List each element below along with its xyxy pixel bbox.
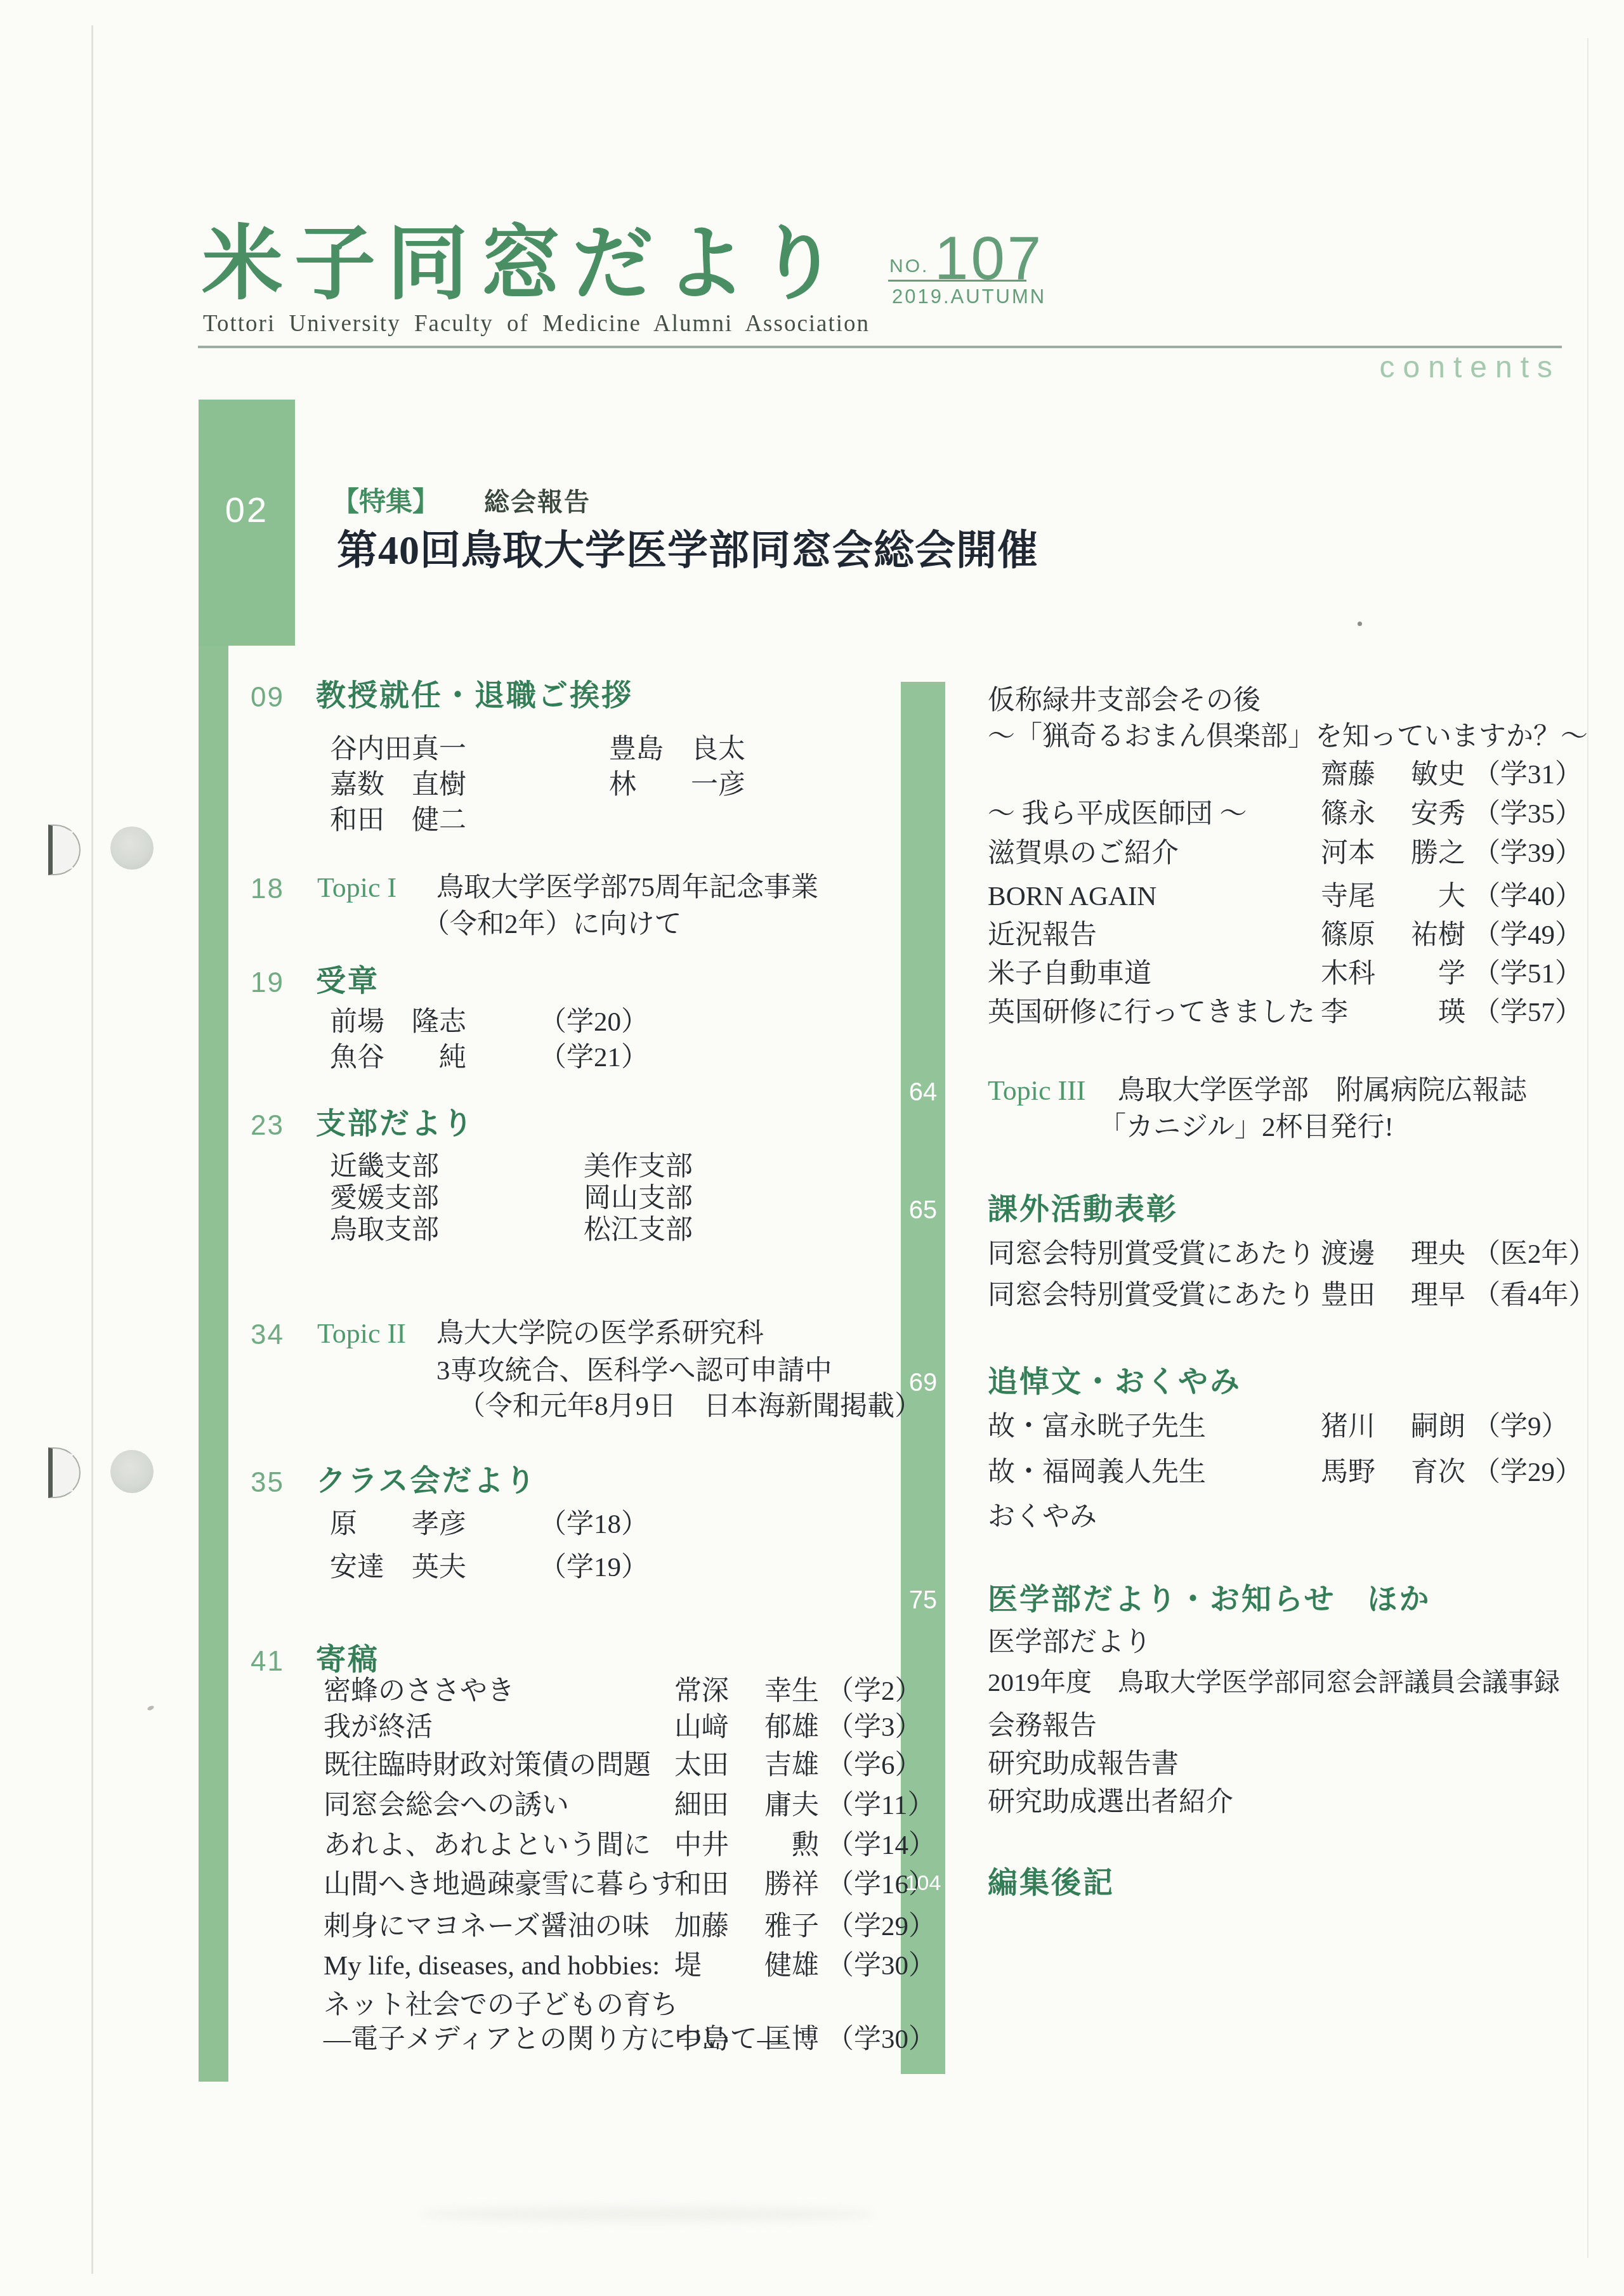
author-givenname: 学 [1392, 960, 1465, 988]
toc-essay-row: ―電子メディアとの関り方について― 中島 匡博 （学30） [324, 2026, 936, 2053]
author-givenname: 庸夫 [746, 1792, 819, 1819]
page-number-34: 34 [251, 1321, 284, 1349]
author-name: 前場 隆志 [330, 1008, 539, 1036]
toc-essay-row: 我が終活 山﨑 郁雄 （学3） [324, 1714, 922, 1741]
page-number-75: 75 [901, 1588, 945, 1613]
author-givenname: 吉雄 [746, 1752, 819, 1779]
author-surname: 寺尾 [1321, 883, 1392, 910]
essay-title: 英国研修に行ってきました [988, 999, 1321, 1026]
section-heading-69: 追悼文・おくやみ [988, 1366, 1241, 1396]
page-number-65: 65 [901, 1197, 945, 1223]
page-number-41: 41 [251, 1648, 284, 1676]
award-title: 同窓会特別賞受賞にあたり [988, 1282, 1321, 1309]
section-heading-65: 課外活動表彰 [988, 1194, 1178, 1223]
section-heading-75: 医学部だより・お知らせ ほか [988, 1584, 1431, 1614]
author-surname: 豊田 [1321, 1282, 1392, 1309]
page-number-18: 18 [251, 875, 284, 903]
branch-name: 愛媛支部 [330, 1185, 584, 1212]
author-class: （学9） [1473, 1413, 1569, 1440]
essay-title: ～ 我ら平成医師団 ～ [988, 800, 1321, 828]
toc-name-row: 安達 英夫 （学19） [330, 1554, 648, 1581]
essay-title-line1: 仮称緑井支部会その後 [988, 687, 1261, 714]
topic1-label: Topic I [317, 874, 396, 902]
toc-essay-row: 滋賀県のご紹介 河本 勝之 （学39） [988, 840, 1582, 867]
section-heading-35: クラス会だより [316, 1465, 537, 1495]
author-surname: 和田 [674, 1871, 746, 1898]
page-edge-line-left [91, 25, 93, 2274]
author-name: 原 孝彦 [330, 1511, 539, 1538]
author-name: 和田 健二 [330, 807, 609, 834]
author-class: （学18） [539, 1511, 648, 1538]
author-surname: 加藤 [674, 1913, 746, 1940]
author-class: （学40） [1473, 883, 1582, 910]
toc-essay-row: 故・福岡義人先生 馬野 育次 （学29） [988, 1459, 1582, 1486]
author-givenname: 敏史 [1392, 761, 1465, 788]
toc-essay-row: 米子自動車道 木科 学 （学51） [988, 960, 1582, 988]
page-edge-line-right [1587, 38, 1588, 2258]
section-heading-41: 寄稿 [316, 1644, 379, 1674]
page-number-104: 104 [901, 1872, 945, 1894]
author-givenname: 育次 [1392, 1459, 1465, 1486]
header-rule [198, 346, 1562, 348]
page-number-23: 23 [251, 1112, 284, 1140]
toc-name-row: 和田 健二 [330, 807, 609, 834]
subtitle-english: Tottori University Faculty of Medicine A… [203, 312, 870, 336]
memorial-title: 故・富永晄子先生 [988, 1413, 1321, 1440]
essay-title: 密蜂のささやき [324, 1678, 674, 1705]
memorial-title: 故・福岡義人先生 [988, 1459, 1321, 1486]
author-class: （学57） [1473, 999, 1582, 1026]
news-line: 研究助成報告書 [988, 1751, 1179, 1778]
branch-name: 岡山支部 [584, 1185, 693, 1212]
binder-hole-top-icon [48, 825, 81, 875]
binder-hole-bottom-icon [48, 1447, 81, 1498]
toc-branch-row: 近畿支部 美作支部 [330, 1153, 693, 1180]
scan-speck [1358, 622, 1362, 626]
author-name: 豊島 良太 [609, 736, 745, 763]
author-givenname: 雅子 [746, 1913, 819, 1940]
news-line: 2019年度 鳥取大学医学部同窓会評議員会議事録 [988, 1669, 1560, 1695]
author-class: （学19） [539, 1554, 648, 1581]
essay-title: 米子自動車道 [988, 960, 1321, 988]
essay-title-line1: ネット社会での子どもの育ち [324, 1992, 678, 2019]
newsletter-title: 米子同窓だより [202, 224, 850, 305]
author-class: （学35） [1473, 800, 1582, 828]
page-number-64: 64 [901, 1080, 945, 1105]
author-name: 安達 英夫 [330, 1554, 539, 1581]
toc-essay-row: 近況報告 篠原 祐樹 （学49） [988, 922, 1582, 949]
topic1-title-line1: 鳥取大学医学部75周年記念事業 [436, 874, 818, 901]
toc-essay-row: ～ 我ら平成医師団 ～ 篠永 安秀 （学35） [988, 800, 1582, 828]
author-name: 谷内田真一 [330, 736, 609, 763]
author-class: （学20） [539, 1008, 648, 1036]
toc-essay-row: My life, diseases, and hobbies: 堤 健雄 （学3… [324, 1952, 936, 1980]
toc-essay-row: 刺身にマヨネーズ醤油の味 加藤 雅子 （学29） [324, 1913, 936, 1940]
news-line: 医学部だより [988, 1629, 1151, 1656]
news-line: 会務報告 [988, 1712, 1097, 1740]
author-class: （学51） [1473, 960, 1582, 988]
author-givenname: 大 [1392, 883, 1465, 910]
feature-title: 第40回鳥取大学医学部同窓会総会開催 [337, 530, 1038, 571]
author-surname: 中島 [674, 2026, 746, 2053]
author-surname: 渡邊 [1321, 1241, 1392, 1268]
toc-essay-row: 山間へき地過疎豪雪に暮らす 和田 勝祥 （学16） [324, 1871, 936, 1898]
author-surname: 李 [1321, 999, 1392, 1026]
author-class: （学3） [827, 1714, 922, 1741]
topic2-label: Topic II [317, 1320, 406, 1348]
toc-essay-row: あれよ、あれよという間に 中井 勲 （学14） [324, 1832, 936, 1859]
toc-name-row: 魚谷 純 （学21） [330, 1044, 648, 1071]
essay-title: 既往臨時財政対策債の問題 [324, 1752, 674, 1779]
scan-speck [147, 1705, 155, 1711]
author-surname: 河本 [1321, 840, 1392, 867]
toc-name-row: 谷内田真一 豊島 良太 [330, 736, 745, 763]
page-number-69: 69 [901, 1370, 945, 1395]
essay-title: 滋賀県のご紹介 [988, 840, 1321, 867]
author-givenname: 瑛 [1392, 999, 1465, 1026]
page-number-19: 19 [251, 969, 284, 997]
branch-name: 松江支部 [584, 1216, 693, 1244]
feature-tag: 【特集】 [332, 488, 439, 515]
page-number-02: 02 [199, 492, 295, 528]
author-surname: 猪川 [1321, 1413, 1392, 1440]
author-givenname: 祐樹 [1392, 922, 1465, 949]
author-class: （学49） [1473, 922, 1582, 949]
author-givenname: 理央 [1392, 1241, 1465, 1268]
toc-essay-row: 同窓会総会への誘い 細田 庸夫 （学11） [324, 1792, 934, 1819]
toc-essay-row: BORN AGAIN 寺尾 大 （学40） [988, 883, 1582, 910]
topic2-title-line2: 3専攻統合、医科学へ認可申請中 [436, 1357, 832, 1385]
page-number-09: 09 [251, 684, 284, 712]
toc-essay-row: 密蜂のささやき 常深 幸生 （学2） [324, 1678, 922, 1705]
toc-name-row: 齋藤 敏史 （学31） [1321, 761, 1582, 788]
author-surname: 中井 [674, 1832, 746, 1859]
author-givenname: 安秀 [1392, 800, 1465, 828]
author-surname: 山﨑 [674, 1714, 746, 1741]
toc-branch-row: 愛媛支部 岡山支部 [330, 1185, 693, 1212]
author-givenname: 健雄 [746, 1952, 819, 1980]
issue-season: 2019.AUTUMN [892, 287, 1046, 306]
author-class: （学30） [827, 2026, 936, 2053]
author-name: 嘉数 直樹 [330, 771, 609, 799]
award-title: 同窓会特別賞受賞にあたり [988, 1241, 1321, 1268]
scanned-toc-page: 米子同窓だより NO. 107 2019.AUTUMN Tottori Univ… [0, 0, 1624, 2296]
essay-title-line2: ―電子メディアとの関り方について― [324, 2026, 674, 2053]
essay-title: My life, diseases, and hobbies: [324, 1952, 674, 1980]
author-givenname: 幸生 [746, 1678, 819, 1705]
essay-title: BORN AGAIN [988, 883, 1321, 910]
author-surname: 太田 [674, 1752, 746, 1779]
author-surname: 篠永 [1321, 800, 1392, 828]
author-givenname: 嗣朗 [1392, 1413, 1465, 1440]
author-givenname: 勝祥 [746, 1871, 819, 1898]
author-class: （学21） [539, 1044, 648, 1071]
contents-label: contents [1300, 353, 1561, 383]
author-class: （学30） [827, 1952, 936, 1980]
author-class: （学31） [1473, 761, 1582, 788]
branch-name: 近畿支部 [330, 1153, 584, 1180]
toc-name-row: 原 孝彦 （学18） [330, 1511, 648, 1538]
toc-name-row: 前場 隆志 （学20） [330, 1008, 648, 1036]
news-line: 研究助成選出者紹介 [988, 1789, 1233, 1816]
topic3-title-line1: 鳥取大学医学部 附属病院広報誌 [1118, 1077, 1527, 1104]
author-class: （学29） [827, 1913, 936, 1940]
author-givenname: 勝之 [1392, 840, 1465, 867]
author-surname: 馬野 [1321, 1459, 1392, 1486]
topic1-title-line2: （令和2年）に向けて [422, 911, 682, 938]
author-class: （学39） [1473, 840, 1582, 867]
essay-title: 刺身にマヨネーズ醤油の味 [324, 1913, 674, 1940]
author-class: （学2） [827, 1678, 922, 1705]
author-surname: 常深 [674, 1678, 746, 1705]
essay-title: 同窓会総会への誘い [324, 1792, 674, 1819]
toc-essay-row: 故・富永晄子先生 猪川 嗣朗 （学9） [988, 1413, 1569, 1440]
author-name: 魚谷 純 [330, 1044, 539, 1071]
topic3-title-line2: 「カニジル」2杯目発行! [1099, 1114, 1394, 1141]
author-surname: 細田 [674, 1792, 746, 1819]
essay-title: 山間へき地過疎豪雪に暮らす [324, 1871, 674, 1898]
toc-essay-row: 同窓会特別賞受賞にあたり 豊田 理早 （看4年） [988, 1282, 1596, 1309]
author-surname: 齋藤 [1321, 761, 1392, 788]
topic3-label: Topic III [988, 1077, 1086, 1105]
section-heading-09: 教授就任・退職ご挨拶 [316, 680, 633, 710]
author-givenname: 理早 [1392, 1282, 1465, 1309]
essay-title: 近況報告 [988, 922, 1321, 949]
punch-hole-bottom-icon [110, 1450, 154, 1493]
section-heading-104: 編集後記 [988, 1867, 1115, 1897]
page-number-35: 35 [251, 1469, 284, 1497]
topic2-title-line1: 鳥大大学院の医学系研究科 [436, 1320, 764, 1347]
author-givenname: 匡博 [746, 2026, 819, 2053]
topic2-title-line3: （令和元年8月9日 日本海新聞掲載） [458, 1393, 922, 1420]
author-class: （医2年） [1473, 1241, 1596, 1268]
toc-name-row: 嘉数 直樹 林 一彦 [330, 771, 745, 799]
section-heading-23: 支部だより [316, 1108, 475, 1138]
author-givenname: 郁雄 [746, 1714, 819, 1741]
toc-branch-row: 鳥取支部 松江支部 [330, 1216, 693, 1244]
essay-title: 我が終活 [324, 1714, 674, 1741]
branch-name: 鳥取支部 [330, 1216, 584, 1244]
issue-no-label: NO. [889, 257, 929, 276]
punch-hole-top-icon [110, 826, 154, 870]
issue-no-underline [888, 280, 1026, 282]
author-class: （学11） [827, 1792, 934, 1819]
scan-smudge [419, 2206, 875, 2222]
author-surname: 篠原 [1321, 922, 1392, 949]
toc-essay-row: 既往臨時財政対策債の問題 太田 吉雄 （学6） [324, 1752, 922, 1779]
toc-essay-row: 英国研修に行ってきました 李 瑛 （学57） [988, 999, 1582, 1026]
author-name: 林 一彦 [609, 771, 745, 799]
memorial-extra: おくやみ [988, 1503, 1097, 1530]
branch-name: 美作支部 [584, 1153, 693, 1180]
author-surname: 木科 [1321, 960, 1392, 988]
toc-essay-row: 同窓会特別賞受賞にあたり 渡邊 理央 （医2年） [988, 1241, 1596, 1268]
author-class: （学6） [827, 1752, 922, 1779]
author-class: （学29） [1473, 1459, 1582, 1486]
section-heading-19: 受章 [316, 965, 379, 995]
author-givenname: 勲 [746, 1832, 819, 1859]
author-class: （学14） [827, 1832, 936, 1859]
essay-title-line2: ～「猟奇るおまん倶楽部」を知っていますか？～ [988, 723, 1588, 750]
author-surname: 堤 [674, 1952, 746, 1980]
essay-title: あれよ、あれよという間に [324, 1832, 674, 1859]
left-section-bar [199, 400, 228, 2082]
feature-tag-text: 総会報告 [484, 490, 591, 515]
author-class: （看4年） [1473, 1282, 1596, 1309]
